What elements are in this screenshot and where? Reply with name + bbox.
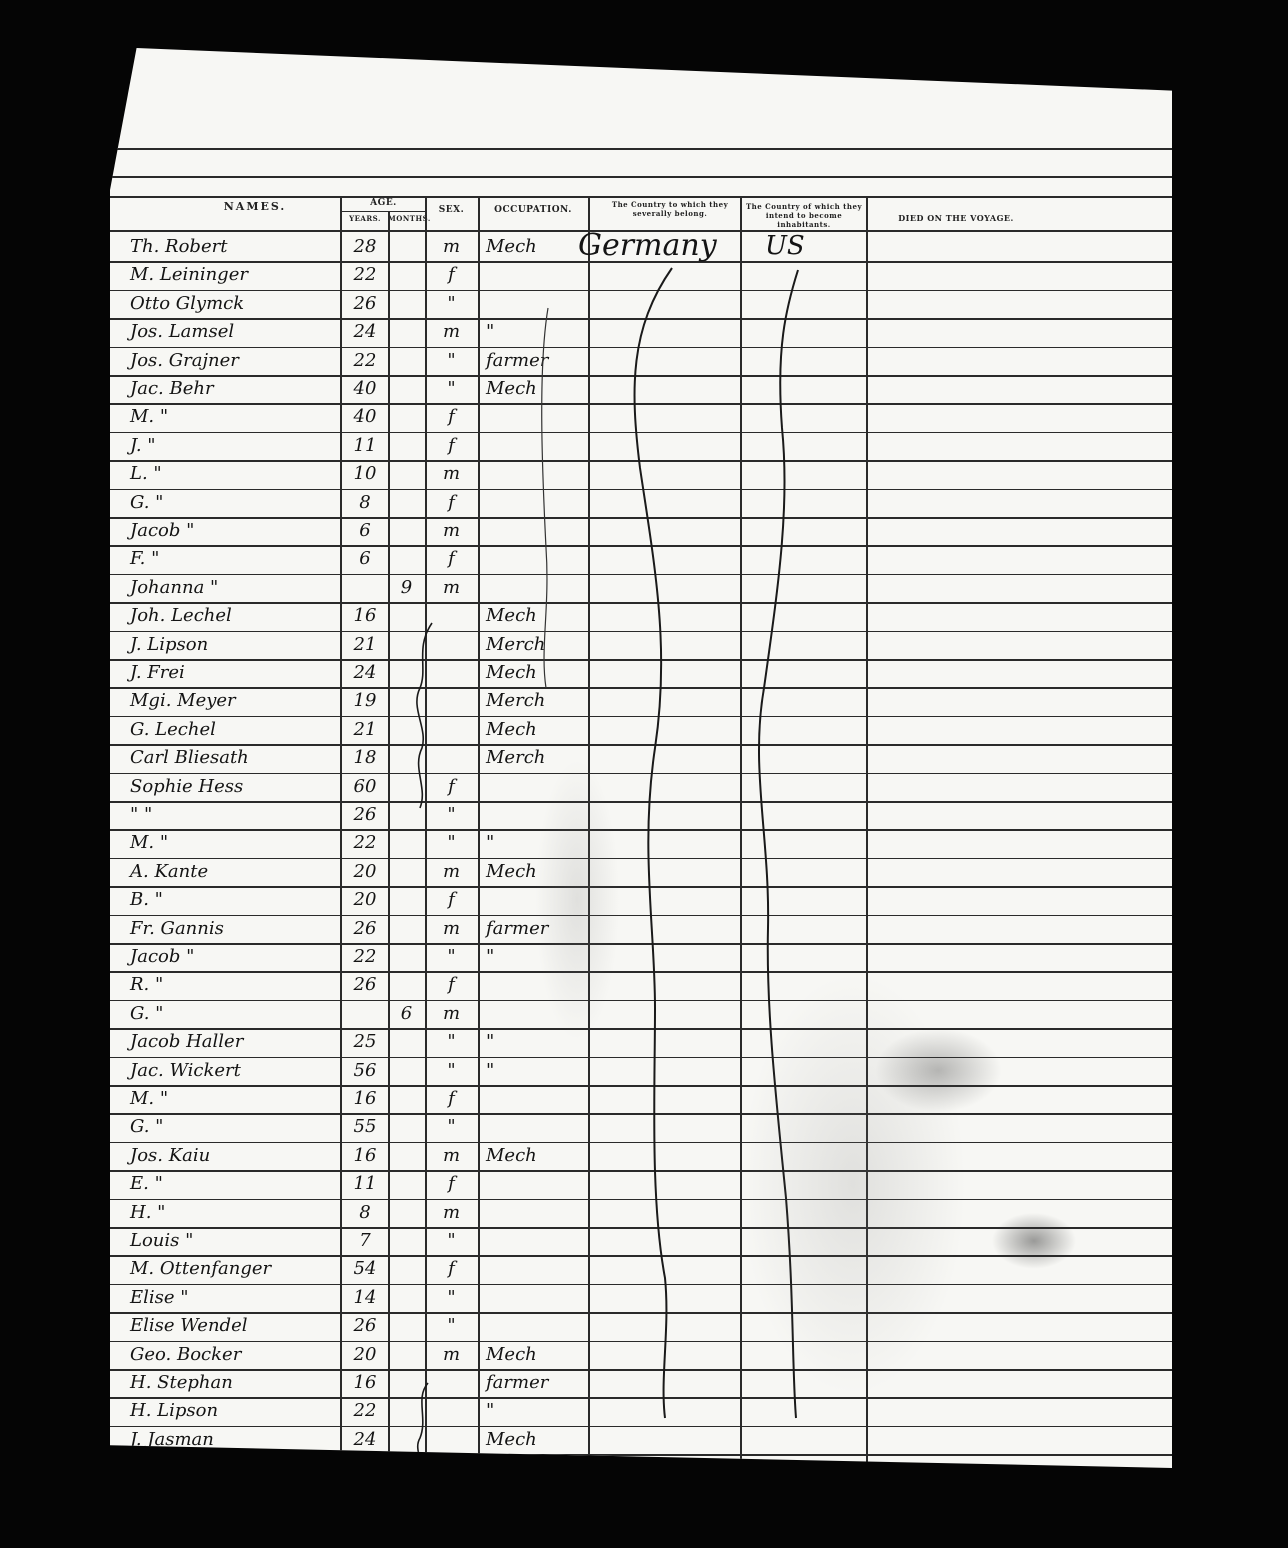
manifest-page: NAMES. AGE. YEARS. MONTHS. SEX. OCCUPATI… — [110, 48, 1172, 1468]
ditto-strokes — [110, 48, 1172, 1468]
